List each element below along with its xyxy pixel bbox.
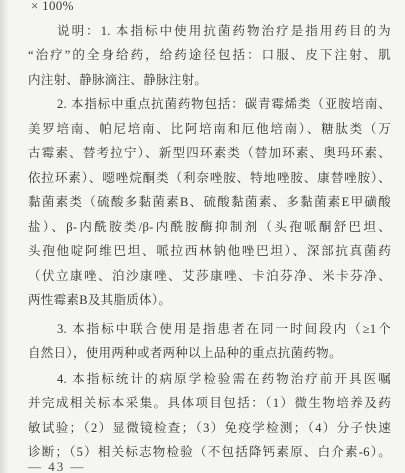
document-page: × 100% 说明：1. 本指标中使用抗菌药物治疗是指用药目的为 “治疗”的全身… — [0, 0, 405, 473]
paragraph-note-3: 3. 本指标中联合使用是指患者在同一时间段内（≥1个 自然日），使用两种或者两种… — [28, 317, 391, 366]
text-line: 2. 本指标中重点抗菌药物包括：碳青霉烯类（亚胺培南、 — [28, 92, 391, 117]
formula-tail-text: × 100% — [28, 0, 391, 19]
text-line: 盐）、β-内酰胺类/β-内酰胺酶抑制剂（头孢哌酮舒巴坦、 — [28, 215, 391, 240]
text-line: 4. 本指标统计的病原学检验需在药物治疗前开具医嘱 — [28, 367, 391, 392]
text-line: 说明：1. 本指标中使用抗菌药物治疗是指用药目的为 — [28, 19, 391, 44]
text-line: 自然日），使用两种或者两种以上品种的重点抗菌药物。 — [28, 341, 391, 366]
text-line: “治疗”的全身给药，给药途径包括：口服、皮下注射、肌 — [28, 43, 391, 68]
text-line: 黏菌素类（硫酸多黏菌素B、硫酸黏菌素、多黏菌素E甲磺酸 — [28, 190, 391, 215]
page-number: — 43 — — [28, 459, 86, 473]
text-line: 美罗培南、帕尼培南、比阿培南和厄他培南）、糖肽类（万 — [28, 117, 391, 142]
text-line: （伏立康唑、泊沙康唑、艾莎康唑、卡泊芬净、米卡芬净、 — [28, 264, 391, 289]
paragraph-note-2: 2. 本指标中重点抗菌药物包括：碳青霉烯类（亚胺培南、 美罗培南、帕尼培南、比阿… — [28, 92, 391, 313]
text-line: 敏试验；（2）显微镜检查；（3）免疫学检测；（4）分子快速 — [28, 416, 391, 441]
text-line: 古霉素、替考拉宁）、新型四环素类（替加环素、奥玛环素、 — [28, 141, 391, 166]
text-line: 依拉环素）、噁唑烷酮类（利奈唑胺、特地唑胺、康替唑胺）、 — [28, 166, 391, 191]
paragraph-note-1: 说明：1. 本指标中使用抗菌药物治疗是指用药目的为 “治疗”的全身给药，给药途径… — [28, 19, 391, 93]
text-line: 并完成相关标本采集。具体项目包括：（1）微生物培养及药 — [28, 391, 391, 416]
text-line: 两性霉素B及其脂质体）。 — [28, 288, 391, 313]
text-line: 3. 本指标中联合使用是指患者在同一时间段内（≥1个 — [28, 317, 391, 342]
text-line: 内注射、静脉滴注、静脉注射。 — [28, 68, 391, 93]
text-line: 头孢他啶阿维巴坦、哌拉西林钠他唑巴坦）、深部抗真菌药 — [28, 239, 391, 264]
paragraph-note-4: 4. 本指标统计的病原学检验需在药物治疗前开具医嘱 并完成相关标本采集。具体项目… — [28, 367, 391, 465]
